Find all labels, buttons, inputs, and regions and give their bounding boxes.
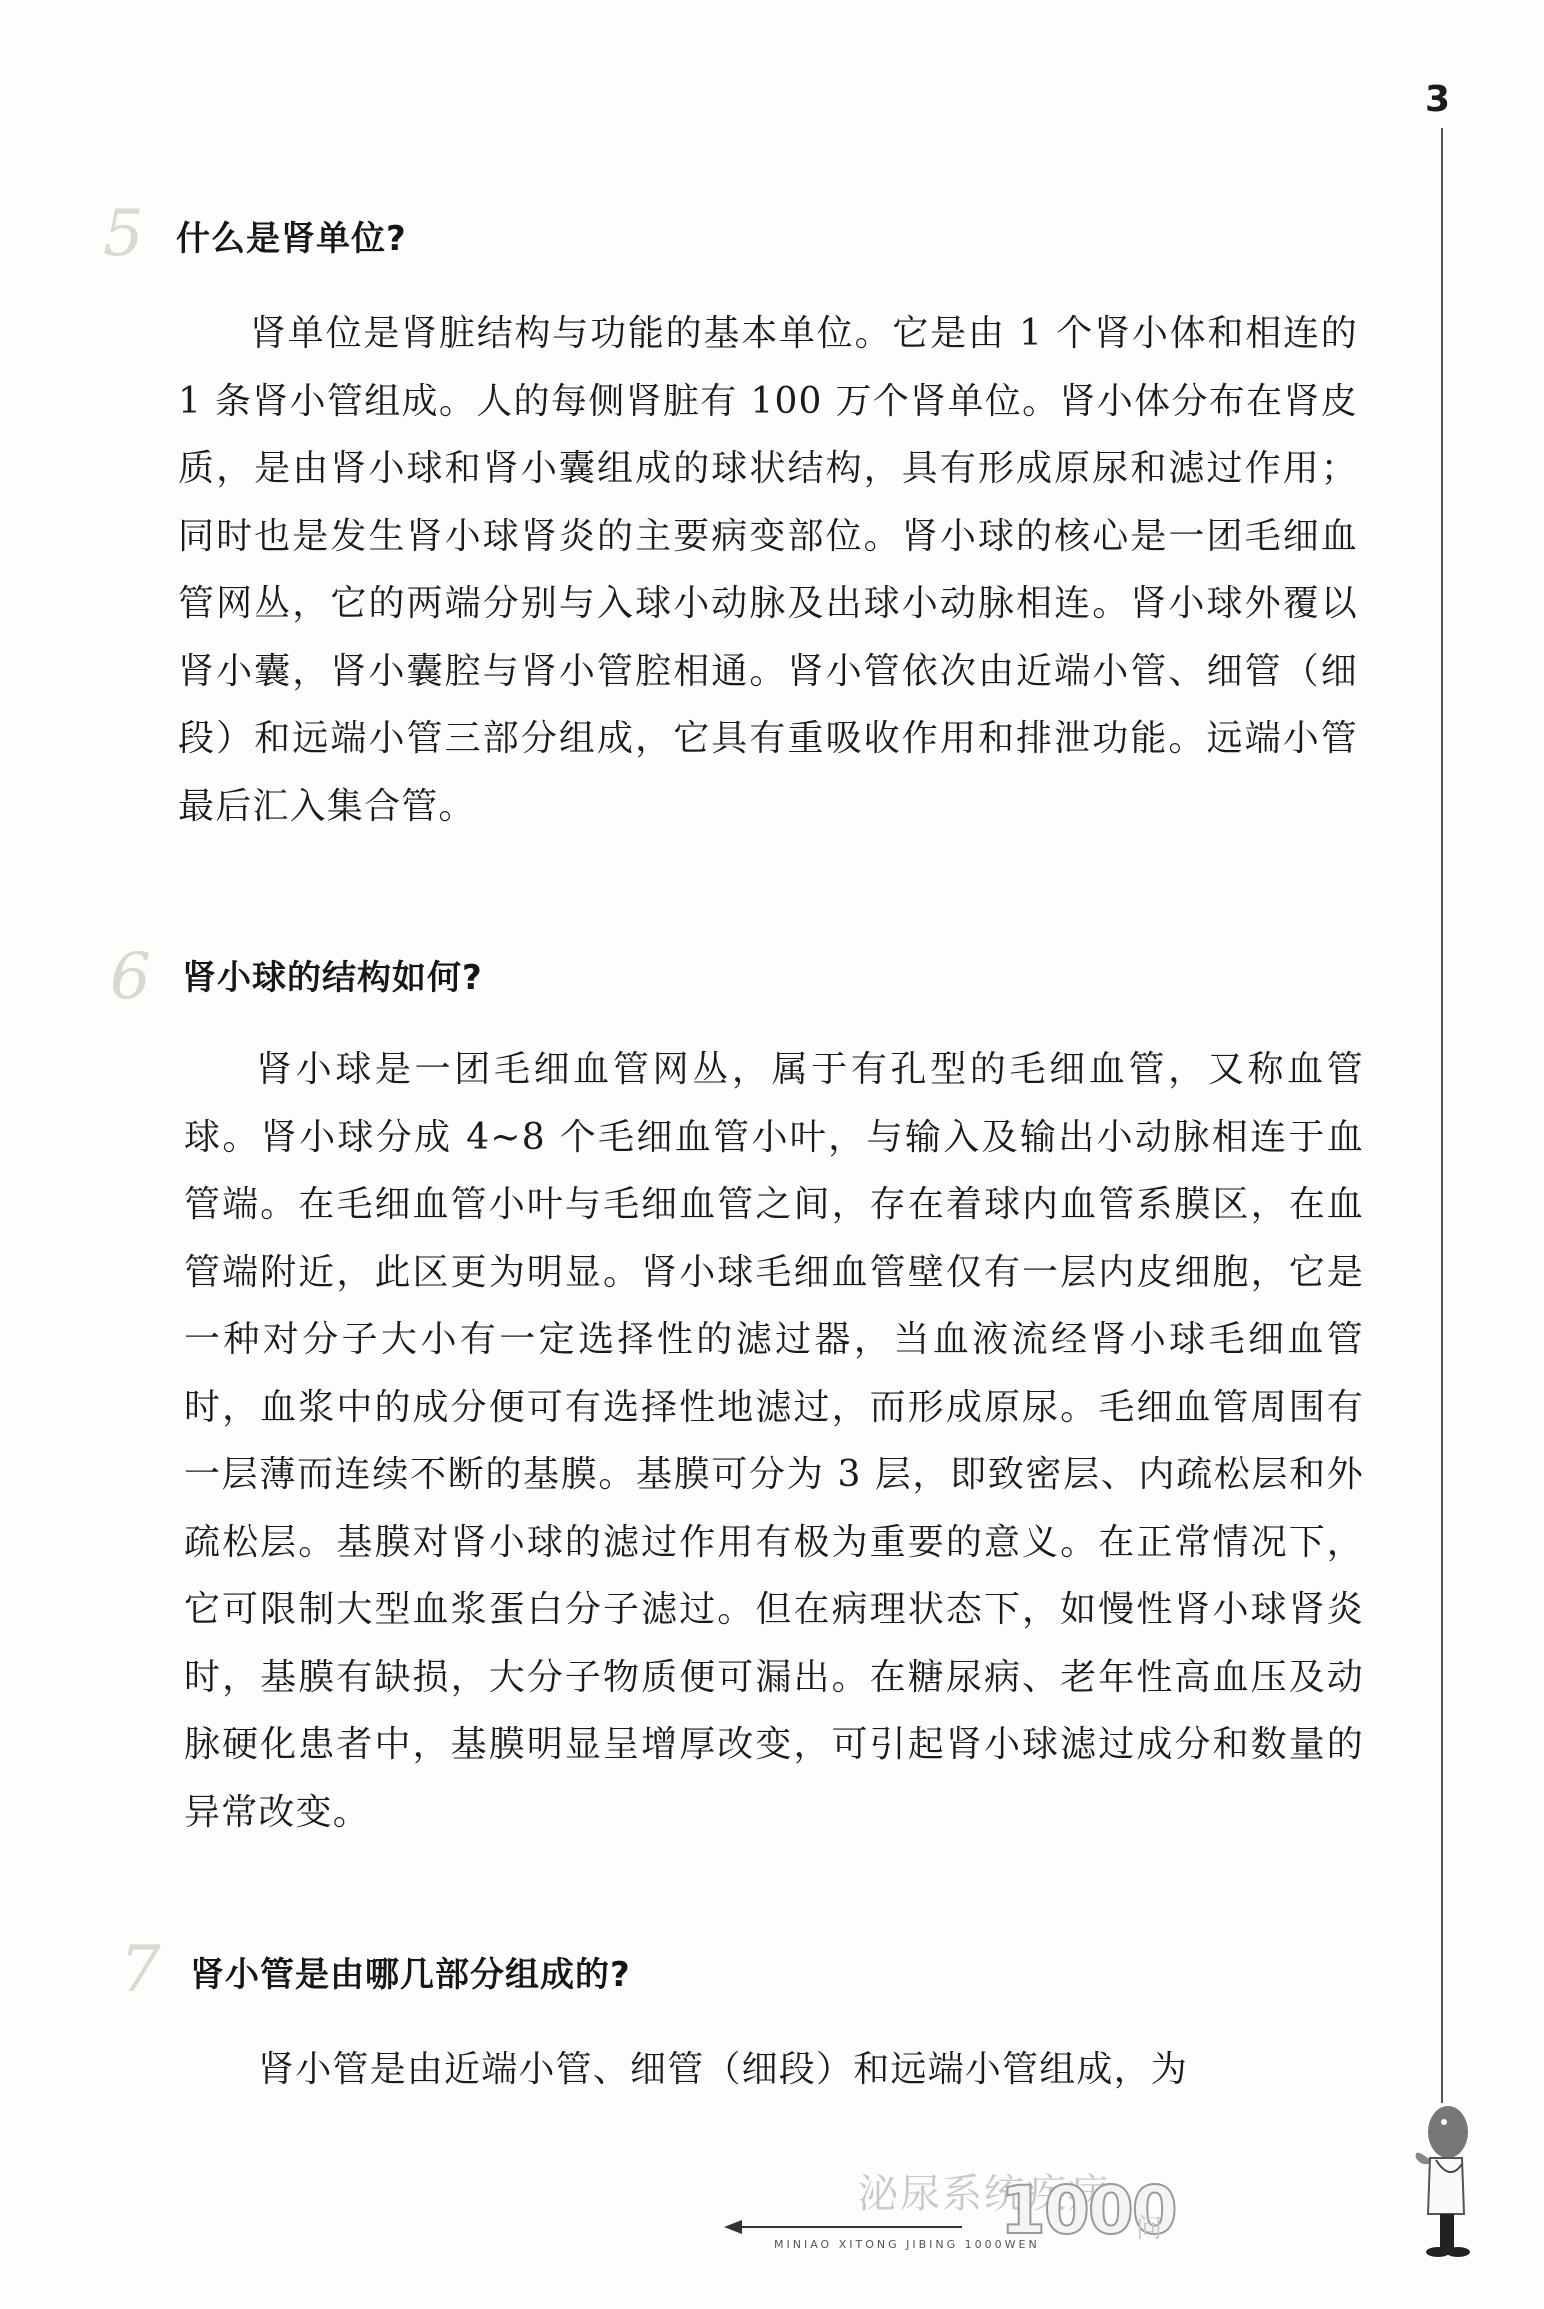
side-rule-divider (1441, 128, 1443, 2103)
section-number-6: 6 (110, 945, 151, 1009)
page-number: 3 (1425, 82, 1450, 118)
section-7-paragraph: 肾小管是由近端小管、细管（细段）和远端小管组成，为 (186, 2036, 1366, 2104)
section-number-7: 7 (120, 1938, 161, 2002)
section-title-5: 什么是肾单位? (176, 222, 407, 256)
section-5-paragraph: 肾单位是肾脏结构与功能的基本单位。它是由 1 个肾小体和相连的 1 条肾小管组成… (178, 300, 1358, 840)
footer-arrow-line (740, 2226, 962, 2228)
doctor-cartoon-icon (1400, 2092, 1490, 2262)
footer-pinyin: MINIAO XITONG JIBING 1000WEN (774, 2238, 1040, 2251)
footer-book-suffix: 问 (1136, 2208, 1162, 2245)
section-title-6: 肾小球的结构如何? (182, 961, 483, 995)
section-6-paragraph: 肾小球是一团毛细血管网丛，属于有孔型的毛细血管，又称血管球。肾小球分成 4~8 … (184, 1036, 1364, 1846)
section-title-7: 肾小管是由哪几部分组成的? (190, 1958, 631, 1992)
section-number-5: 5 (103, 202, 144, 266)
left-arrow-icon (724, 2220, 742, 2234)
footer-book-title: 泌尿系统疾病 (858, 2162, 1110, 2219)
footer-book-number: 1000 (1000, 2178, 1176, 2244)
